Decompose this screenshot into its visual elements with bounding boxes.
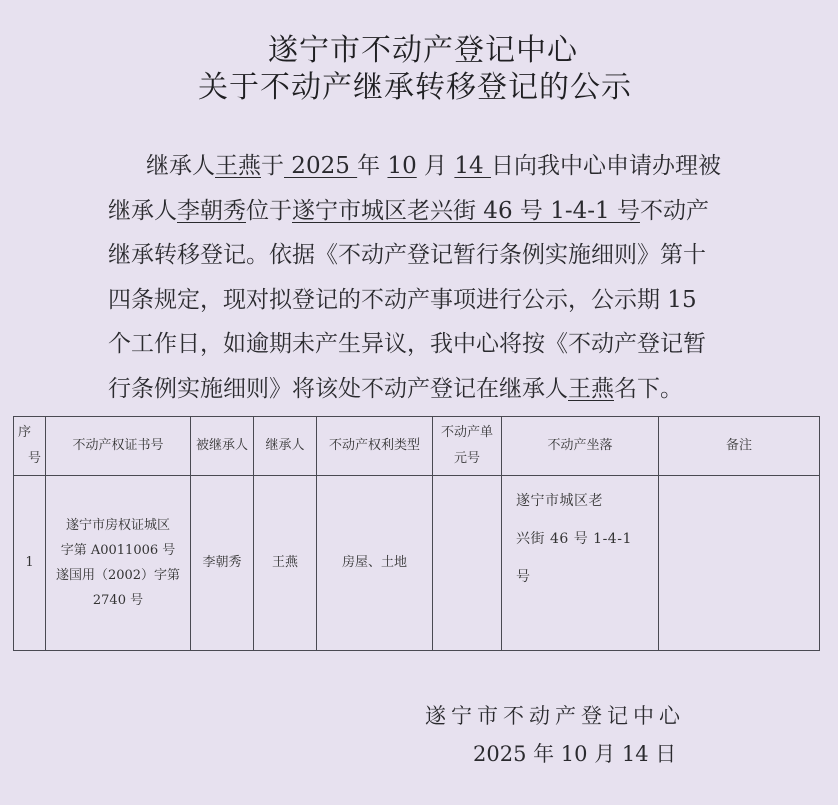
cell-right-type: 房屋、土地 [317,476,433,651]
table-row: 1 遂宁市房权证城区 字第 A0011006 号 遂国用（2002）字第 274… [14,476,820,651]
decedent-name: 李朝秀 [177,198,246,224]
cell-unit-no [433,476,502,651]
header-right-type: 不动产权利类型 [317,417,433,476]
header-location: 不动产坐落 [502,417,659,476]
header-cert-no: 不动产权证书号 [46,417,191,476]
registration-table: 序号 不动产权证书号 被继承人 继承人 不动产权利类型 不动产单元号 不动产坐落… [13,416,820,651]
cell-decedent: 李朝秀 [191,476,254,651]
body-line-4: 四条规定，现对拟登记的不动产事项进行公示，公示期 15 [108,278,738,323]
apply-day: 14 [454,153,491,179]
header-unit-no: 不动产单元号 [433,417,502,476]
signature-date: 2025 年 10 月 14 日 [473,738,676,768]
header-heir: 继承人 [254,417,317,476]
body-line-3: 继承转移登记。依据《不动产登记暂行条例实施细则》第十 [108,233,738,278]
body-line-2: 继承人李朝秀位于遂宁市城区老兴街 46 号 1-4-1 号不动产 [108,189,738,234]
notice-body: 继承人王燕于 2025 年 10 月 14 日向我中心申请办理被 继承人李朝秀位… [108,144,738,411]
heir-name: 王燕 [215,153,261,179]
apply-month: 10 [387,153,416,179]
header-seq: 序号 [14,417,46,476]
cell-cert-no: 遂宁市房权证城区 字第 A0011006 号 遂国用（2002）字第 2740 … [46,476,191,651]
body-line-1: 继承人王燕于 2025 年 10 月 14 日向我中心申请办理被 [108,144,738,189]
property-address: 遂宁市城区老兴街 46 号 1-4-1 号 [292,198,640,224]
title-line-1: 遂宁市不动产登记中心 [4,33,838,69]
body-line-5: 个工作日，如逾期未产生异议，我中心将按《不动产登记暂 [108,322,738,367]
header-remarks: 备注 [659,417,820,476]
table-header-row: 序号 不动产权证书号 被继承人 继承人 不动产权利类型 不动产单元号 不动产坐落… [14,417,820,476]
heir-name-2: 王燕 [568,376,614,402]
cell-remarks [659,476,820,651]
cell-location: 遂宁市城区老 兴街 46 号 1-4-1 号 [502,476,659,651]
cell-heir: 王燕 [254,476,317,651]
signature-org: 遂宁市不动产登记中心 [425,700,685,730]
header-decedent: 被继承人 [191,417,254,476]
title-line-2: 关于不动产继承转移登记的公示 [0,70,834,106]
cell-seq: 1 [14,476,46,651]
body-line-6: 行条例实施细则》将该处不动产登记在继承人王燕名下。 [108,367,738,412]
apply-year: 2025 [284,153,357,179]
